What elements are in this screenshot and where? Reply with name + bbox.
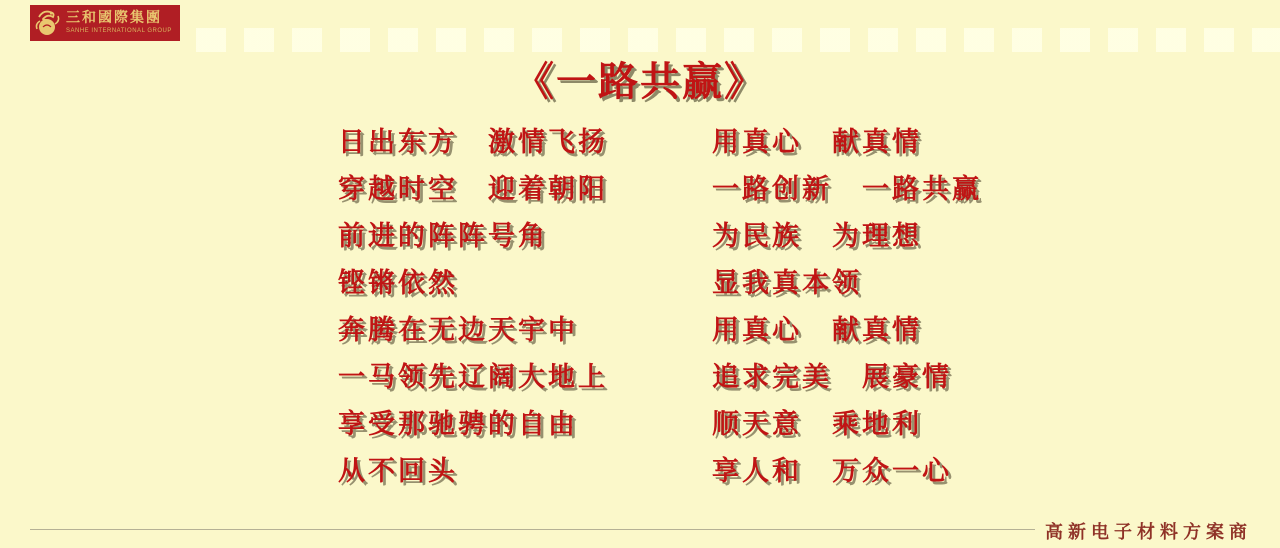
lyric-line: 追求完美 展豪情 <box>712 354 982 401</box>
lyrics-right-column: 用真心 献真情 一路创新 一路共赢 为民族 为理想 显我真本领 用真心 献真情 … <box>712 119 982 495</box>
lyric-line: 一路创新 一路共赢 <box>712 166 982 213</box>
lyric-line: 前进的阵阵号角 <box>338 213 608 260</box>
logo-brand: 三和國際集團 SANHE INTERNATIONAL GROUP <box>66 12 172 34</box>
lyric-line: 用真心 献真情 <box>712 307 982 354</box>
watermark-row <box>196 28 1280 52</box>
lyrics-left-column: 日出东方 激情飞扬 穿越时空 迎着朝阳 前进的阵阵号角 铿锵依然 奔腾在无边天宇… <box>338 119 608 495</box>
lyric-line: 顺天意 乘地利 <box>712 401 982 448</box>
lyric-line: 奔腾在无边天宇中 <box>338 307 608 354</box>
lyric-line: 享人和 万众一心 <box>712 448 982 495</box>
lyric-line: 显我真本领 <box>712 260 982 307</box>
lyric-line: 铿锵依然 <box>338 260 608 307</box>
logo-brand-name-cn: 三和國際集團 <box>66 12 172 26</box>
lyric-line: 日出东方 激情飞扬 <box>338 119 608 166</box>
dragon-teapot-emblem-icon <box>34 8 62 38</box>
footer-tagline: 高新电子材料方案商 <box>1045 518 1252 544</box>
lyric-line: 享受那驰骋的自由 <box>338 401 608 448</box>
logo-brand-name-en: SANHE INTERNATIONAL GROUP <box>66 28 172 34</box>
lyric-line: 穿越时空 迎着朝阳 <box>338 166 608 213</box>
lyric-line: 为民族 为理想 <box>712 213 982 260</box>
footer-divider <box>30 529 1035 530</box>
lyric-line: 一马领先辽阔大地上 <box>338 354 608 401</box>
song-title: 《一路共赢》 <box>0 50 1280 107</box>
company-logo: 三和國際集團 SANHE INTERNATIONAL GROUP <box>30 5 180 41</box>
slide: 三和國際集團 SANHE INTERNATIONAL GROUP 《一路共赢》 … <box>0 0 1280 548</box>
lyric-line: 从不回头 <box>338 448 608 495</box>
lyric-line: 用真心 献真情 <box>712 119 982 166</box>
